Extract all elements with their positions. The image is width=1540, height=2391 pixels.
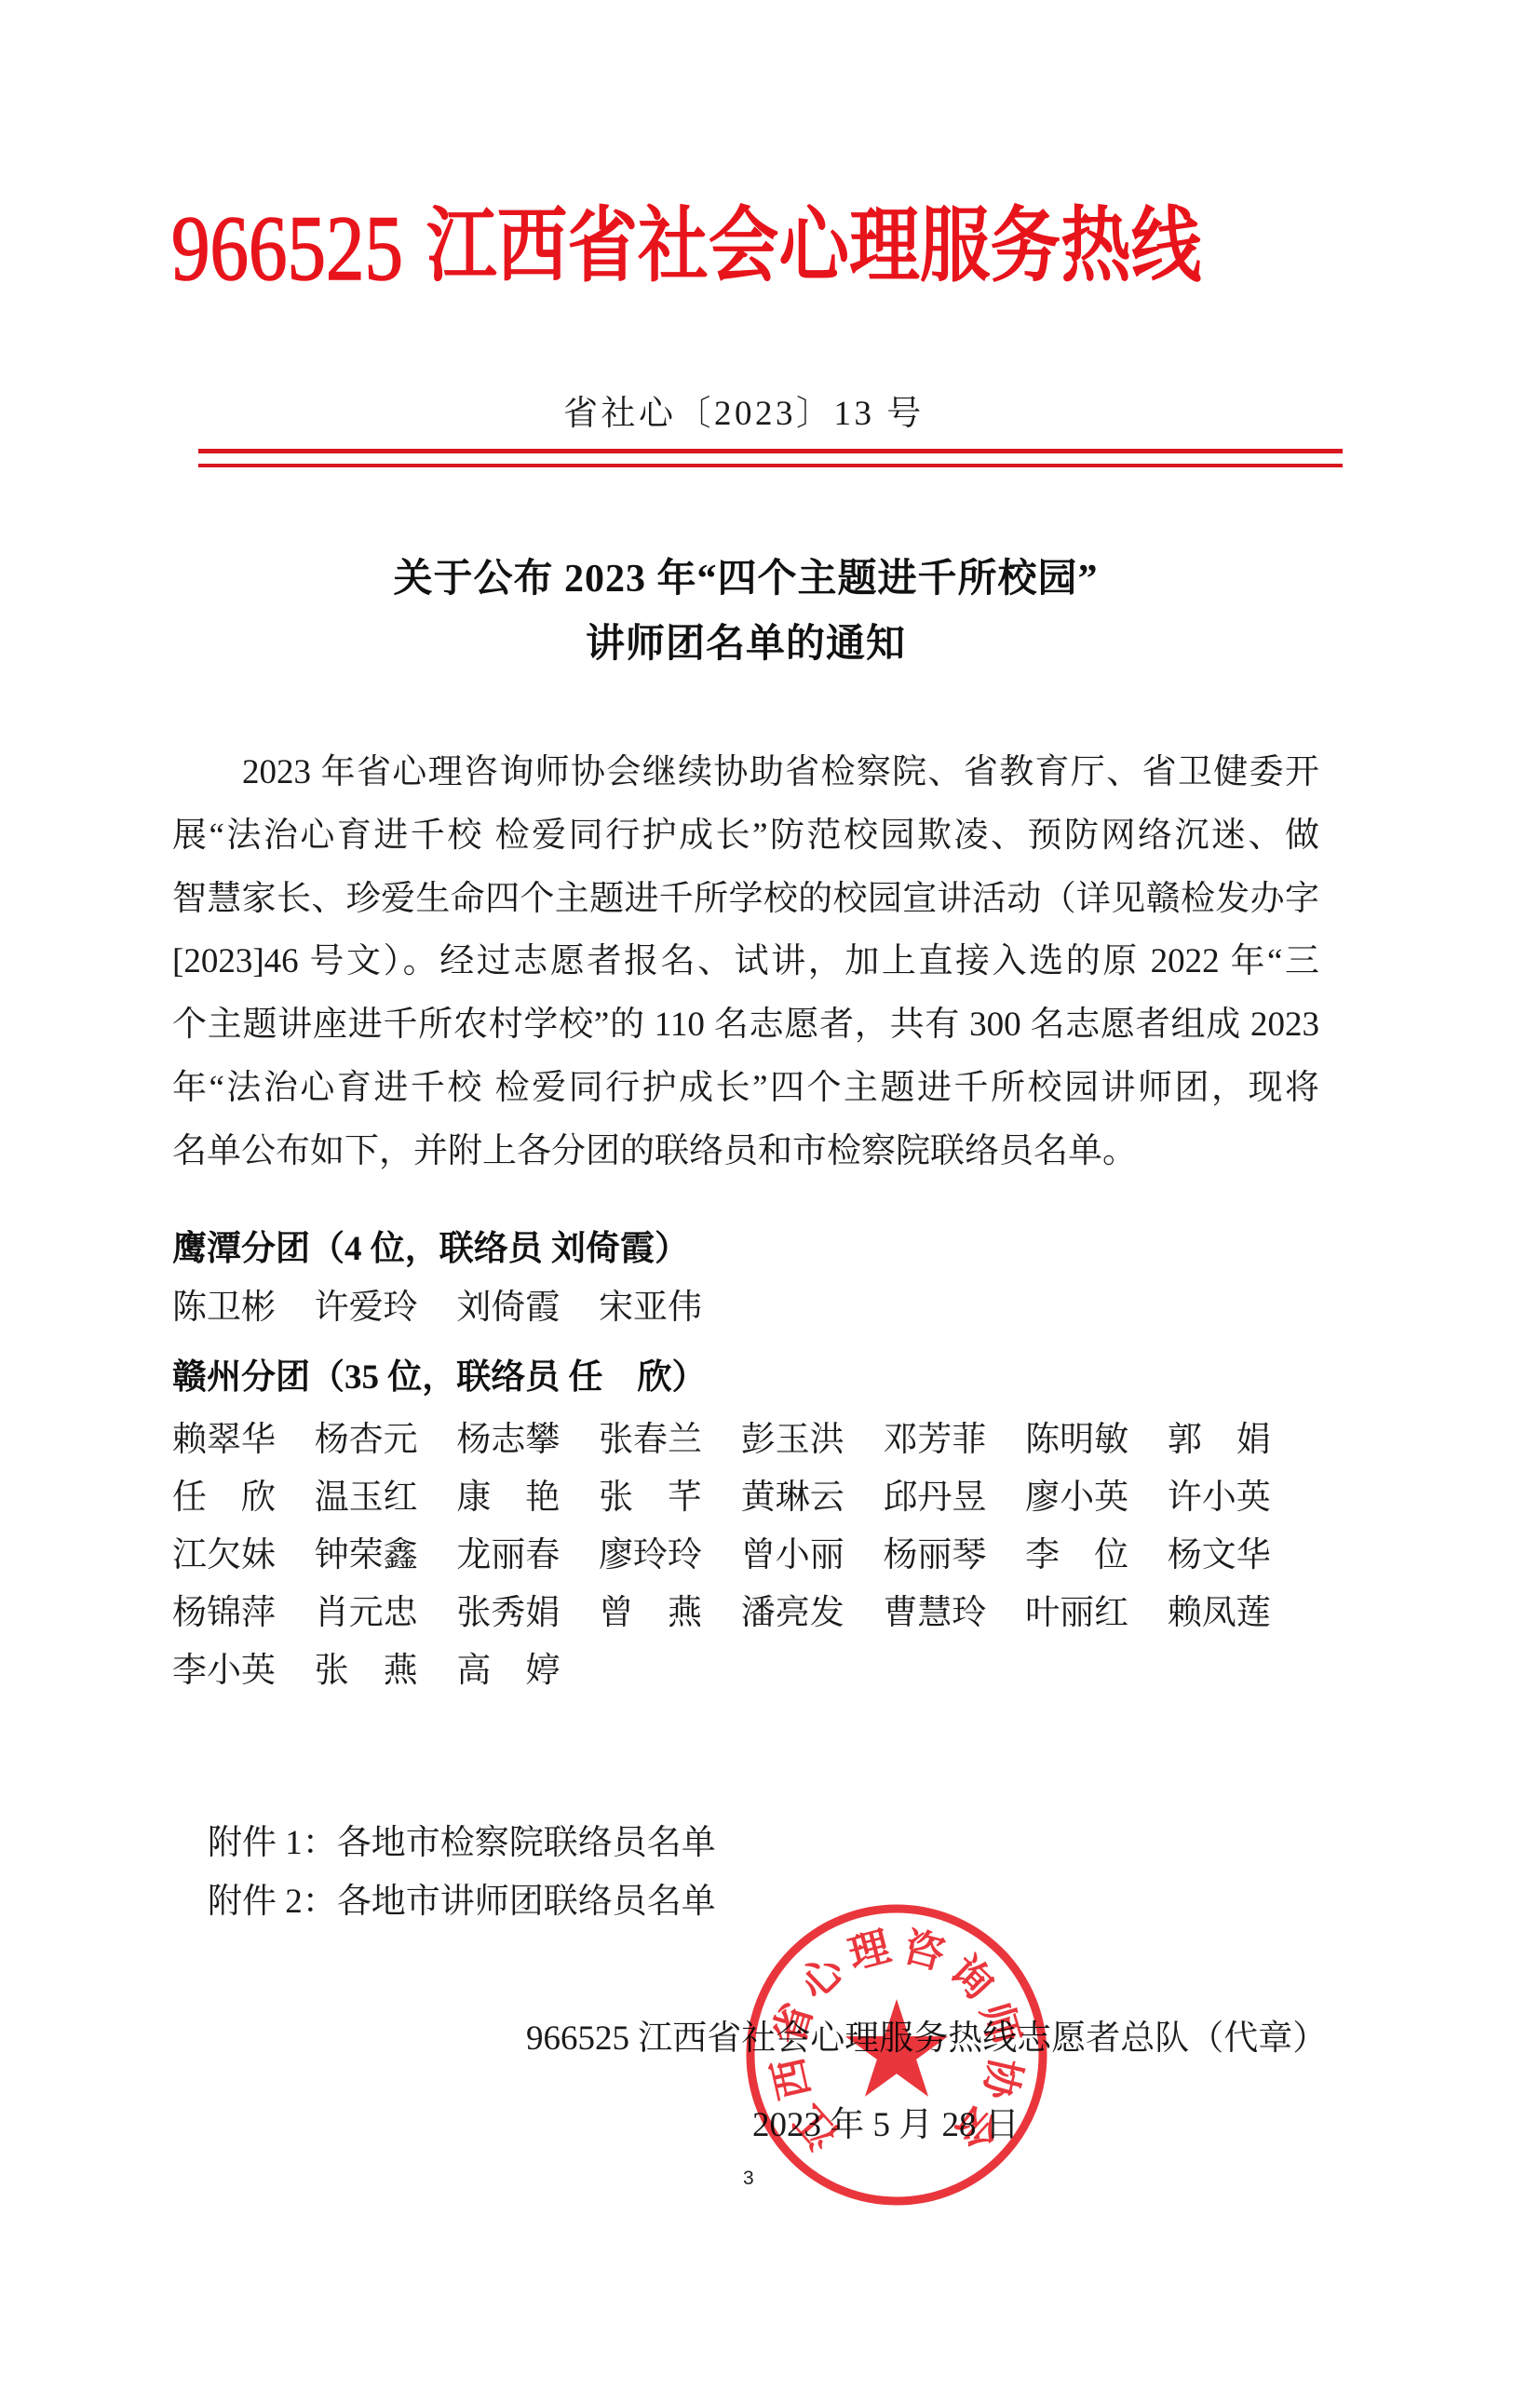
member-name: 曾 燕 xyxy=(599,1585,741,1642)
member-name: 宋亚伟 xyxy=(599,1279,741,1337)
member-name: 高 婷 xyxy=(456,1642,599,1700)
member-name: 张 燕 xyxy=(315,1642,457,1700)
red-rule-bottom xyxy=(198,464,1343,467)
member-name: 张春兰 xyxy=(599,1412,741,1469)
member-name: 杨志攀 xyxy=(456,1412,599,1469)
member-name: 张 芊 xyxy=(599,1469,741,1527)
attachment-1: 附件 1：各地市检察院联络员名单 xyxy=(208,1815,716,1872)
letterhead-title: 江西省社会心理服务热线 xyxy=(426,207,1201,289)
red-rule-top xyxy=(198,449,1343,453)
paragraph-line: [2023]46 号文）。经过志愿者报名、试讲，加上直接入选的原 2022 年“… xyxy=(172,930,1319,993)
paragraph-line: 个主题讲座进千所农村学校”的 110 名志愿者，共有 300 名志愿者组成 20… xyxy=(172,993,1319,1057)
ganzhou-member-list: 赖翠华 杨杏元 杨志攀 张春兰 彭玉洪 邓芳菲 陈明敏 郭 娟 任 欣 温玉红 … xyxy=(172,1412,1310,1700)
seal-char: 询 xyxy=(940,1946,1003,2008)
member-name: 杨杏元 xyxy=(315,1412,457,1469)
member-name: 曾小丽 xyxy=(741,1527,884,1585)
member-name: 赖翠华 xyxy=(172,1412,315,1469)
member-name: 许小英 xyxy=(1168,1469,1310,1527)
member-name: 李小英 xyxy=(172,1642,315,1700)
seal-char: 咨 xyxy=(898,1923,951,1979)
member-name: 钟荣鑫 xyxy=(315,1527,457,1585)
yingtan-member-list: 陈卫彬 许爱玲 刘倚霞 宋亚伟 xyxy=(172,1279,1310,1337)
member-name: 叶丽红 xyxy=(1025,1585,1168,1642)
member-name: 杨锦萍 xyxy=(172,1585,315,1642)
seal-char: 江 xyxy=(785,2096,847,2158)
attachment-2: 附件 2：各地市讲师团联络员名单 xyxy=(208,1873,716,1931)
member-name: 潘亮发 xyxy=(741,1585,884,1642)
letterhead-hotline-number: 966525 xyxy=(171,202,403,295)
seal-char: 会 xyxy=(945,2096,1007,2158)
group-heading-ganzhou: 赣州分团（35 位，联络员 任 欣） xyxy=(172,1350,707,1406)
paragraph-line: 名单公布如下，并附上各分团的联络员和市检察院联络员名单。 xyxy=(172,1120,1319,1183)
member-name: 陈明敏 xyxy=(1025,1412,1168,1469)
member-name: 廖玲玲 xyxy=(599,1527,741,1585)
seal-char: 心 xyxy=(790,1945,855,2009)
member-name: 龙丽春 xyxy=(456,1527,599,1585)
member-name: 温玉红 xyxy=(315,1469,457,1527)
seal-char: 西 xyxy=(764,2053,819,2103)
body-paragraph: 2023 年省心理咨询师协会继续协助省检察院、省教育厅、省卫健委开 展“法治心育… xyxy=(172,741,1319,1183)
member-name: 李 位 xyxy=(1025,1527,1168,1585)
notice-title-line-1: 关于公布 2023 年“四个主题进千所校园” xyxy=(172,551,1319,607)
member-name: 刘倚霞 xyxy=(456,1279,599,1337)
member-name: 杨文华 xyxy=(1168,1527,1310,1585)
member-name: 陈卫彬 xyxy=(172,1279,315,1337)
official-seal-stamp: 江 西 省 心 理 咨 询 师 协 会 xyxy=(738,1897,1055,2213)
member-name: 赖凤莲 xyxy=(1168,1585,1310,1642)
paragraph-line: 智慧家长、珍爱生命四个主题进千所学校的校园宣讲活动（详见赣检发办字 xyxy=(172,868,1319,931)
seal-char: 理 xyxy=(844,1923,896,1979)
member-name: 肖元忠 xyxy=(315,1585,457,1642)
seal-char: 师 xyxy=(971,1997,1028,2050)
member-name: 郭 娟 xyxy=(1168,1412,1310,1469)
member-name: 任 欣 xyxy=(172,1469,315,1527)
member-name: 杨丽琴 xyxy=(883,1527,1025,1585)
notice-title-line-2: 讲师团名单的通知 xyxy=(172,616,1319,672)
member-name: 江欠妹 xyxy=(172,1527,315,1585)
member-name: 邱丹昱 xyxy=(883,1469,1025,1527)
seal-char: 省 xyxy=(765,1997,822,2050)
member-name: 曹慧玲 xyxy=(883,1585,1025,1642)
star-icon xyxy=(845,1999,948,2097)
member-name: 许爱玲 xyxy=(315,1279,457,1337)
document-number: 省社心〔2023〕13 号 xyxy=(563,391,925,438)
member-name: 黄琳云 xyxy=(741,1469,884,1527)
member-name: 邓芳菲 xyxy=(883,1412,1025,1469)
member-name: 彭玉洪 xyxy=(741,1412,884,1469)
group-heading-yingtan: 鹰潭分团（4 位，联络员 刘倚霞） xyxy=(172,1222,689,1277)
member-name: 廖小英 xyxy=(1025,1469,1168,1527)
paragraph-line: 展“法治心育进千校 检爱同行护成长”防范校园欺凌、预防网络沉迷、做 xyxy=(172,804,1319,868)
paragraph-line: 2023 年省心理咨询师协会继续协助省检察院、省教育厅、省卫健委开 xyxy=(172,741,1319,804)
paragraph-line: 年“法治心育进千校 检爱同行护成长”四个主题进千所校园讲师团，现将 xyxy=(172,1057,1319,1120)
member-name: 张秀娟 xyxy=(456,1585,599,1642)
member-name: 康 艳 xyxy=(456,1469,599,1527)
seal-char: 协 xyxy=(974,2053,1030,2105)
